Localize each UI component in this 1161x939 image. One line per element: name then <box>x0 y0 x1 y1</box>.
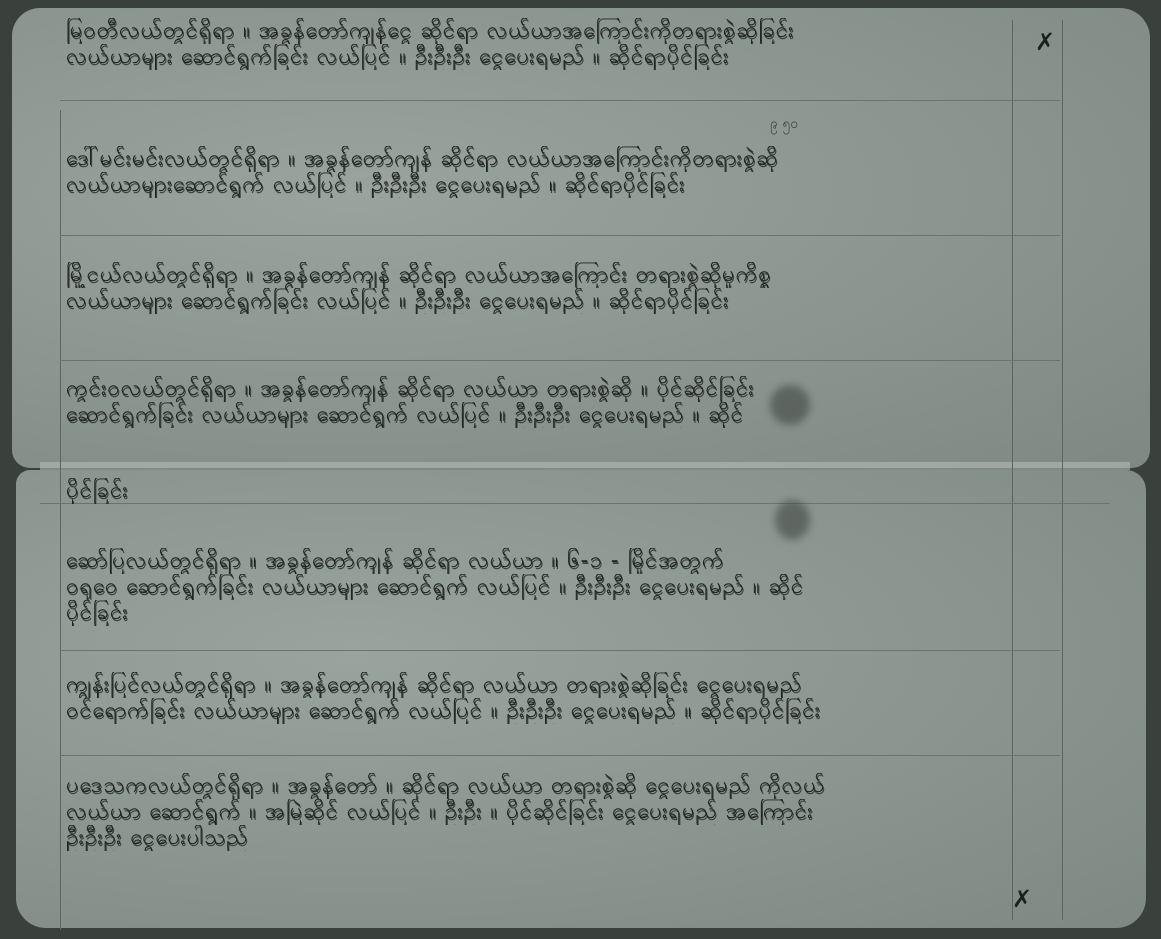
entry-2: ဒေါ်မင်းမင်းလယ်တွင်ရှိရာ ။ အခွန်တော်ကျန်… <box>66 146 1036 198</box>
entry-line: ဒေါ်မင်းမင်းလယ်တွင်ရှိရာ ။ အခွန်တော်ကျန်… <box>66 146 1036 172</box>
entry-line: ကွင်းဝလယ်တွင်ရှိရာ ။ အခွန်တော်ကျန် ဆိုင်… <box>66 376 1036 402</box>
entry-7: ပဒေသကလယ်တွင်ရှိရာ ။ အခွန်တော် ။ ဆိုင်ရာ … <box>66 773 1036 851</box>
entry-line: ပိုင်ခြင်း <box>66 478 1036 504</box>
entry-line: လယ်ယာများ ဆောင်ရွက်ခြင်း လယ်ပြင် ။ ဦးဦးဦ… <box>66 44 1036 70</box>
ink-stain <box>775 500 810 540</box>
entry-line: ကျွန်းပြင်လယ်တွင်ရှိရာ ။ အခွန်တော်ကျန် ဆ… <box>66 672 1036 698</box>
entry-3: မြို့ငယ်လယ်တွင်ရှိရာ ။ အခွန်တော်ကျန် ဆို… <box>66 262 1036 314</box>
margin-note: ၉ ၅၀ <box>770 114 798 135</box>
fold-crease <box>40 462 1130 470</box>
entry-line: ဆော်ပြလယ်တွင်ရှိရာ ။ အခွန်တော်ကျန် ဆိုင်… <box>66 548 1036 574</box>
entry-line: လယ်ယာများ ဆောင်ရွက်ခြင်း လယ်ပြင် ။ ဦးဦးဦ… <box>66 288 1036 314</box>
entry-line: ဝင်ရောက်ခြင်း လယ်ယာများ ဆောင်ရွက် လယ်ပြင… <box>66 698 1036 724</box>
cross-mark-icon: ✗ <box>1012 885 1032 913</box>
ruled-line <box>60 650 1060 651</box>
ruled-line <box>60 100 1060 101</box>
entry-4: ကွင်းဝလယ်တွင်ရှိရာ ။ အခွန်တော်ကျန် ဆိုင်… <box>66 376 1036 428</box>
cross-mark-icon: ✗ <box>1035 28 1055 56</box>
entry-4-continued: ပိုင်ခြင်း <box>66 478 1036 504</box>
margin-rule-right-outer <box>1062 20 1063 920</box>
entry-line: ပဒေသကလယ်တွင်ရှိရာ ။ အခွန်တော် ။ ဆိုင်ရာ … <box>66 773 1036 799</box>
entry-line: ဝရုဝေ ဆောင်ရွက်ခြင်း လယ်ယာများ ဆောင်ရွက်… <box>66 574 1036 600</box>
ruled-line <box>60 755 1060 756</box>
margin-rule-left <box>60 110 61 930</box>
entry-5: ဆော်ပြလယ်တွင်ရှိရာ ။ အခွန်တော်ကျန် ဆိုင်… <box>66 548 1036 626</box>
entry-line: မြဝတီလယ်တွင်ရှိရာ ။ အခွန်တော်ကျန်ငွေ ဆို… <box>66 18 1036 44</box>
entry-line: လယ်ယာ ဆောင်ရွက် ။ အမြဲဆိုင် လယ်ပြင် ။ ဦး… <box>66 799 1036 825</box>
ruled-line <box>60 235 1060 236</box>
entry-6: ကျွန်းပြင်လယ်တွင်ရှိရာ ။ အခွန်တော်ကျန် ဆ… <box>66 672 1036 724</box>
entry-line: ဦးဦးဦး ငွေပေးပါသည် <box>66 825 1036 851</box>
ruled-line <box>60 360 1060 361</box>
entry-line: ပိုင်ခြင်း <box>66 600 1036 626</box>
entry-line: လယ်ယာများဆောင်ရွက် လယ်ပြင် ။ ဦးဦးဦး ငွေပ… <box>66 172 1036 198</box>
entry-1: မြဝတီလယ်တွင်ရှိရာ ။ အခွန်တော်ကျန်ငွေ ဆို… <box>66 18 1036 70</box>
manuscript-scan: မြဝတီလယ်တွင်ရှိရာ ။ အခွန်တော်ကျန်ငွေ ဆို… <box>0 0 1161 939</box>
entry-line: ဆောင်ရွက်ခြင်း လယ်ယာများ ဆောင်ရွက် လယ်ပြ… <box>66 402 1036 428</box>
entry-line: မြို့ငယ်လယ်တွင်ရှိရာ ။ အခွန်တော်ကျန် ဆို… <box>66 262 1036 288</box>
